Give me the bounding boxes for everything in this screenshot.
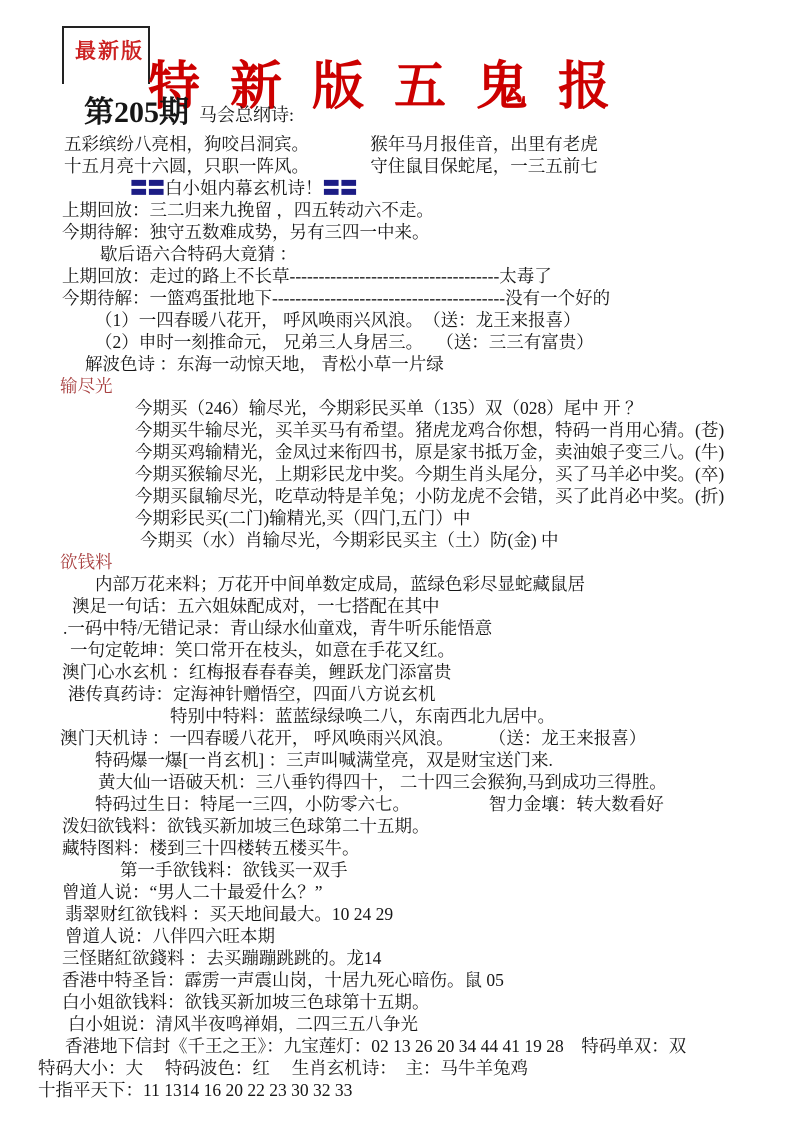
text-line: 香港地下信封《千王之王》：九宝莲灯：02 13 26 20 34 44 41 1… (65, 1035, 793, 1057)
text-line: 翡翠财红欲钱料 ：买天地间最大。10 24 29 (65, 903, 793, 925)
text-line: 今期买鸡输精光，金凤过来衔四书，原是家书抵万金，卖油娘子变三八。(牛) (135, 441, 793, 463)
text-line: 曾道人说：“男人二十最爱什么？” (62, 881, 793, 903)
text-line: 上期回放：三二归来九挽留 ，四五转动六不走。 (62, 199, 793, 221)
text-line: 特码过生日：特尾一三四，小防零六七。 智力金壤：转大数看好 (95, 793, 793, 815)
text-line: 白小姐欲钱料：欲钱买新加坡三色球第十五期。 (62, 991, 793, 1013)
line-text: 白小姐内幕玄机诗！ (165, 178, 323, 198)
text-line: 歇后语六合特码大竟猜 ： (100, 243, 793, 265)
text-line: 港传真药诗：定海神针赠悟空，四面八方说玄机 (68, 683, 793, 705)
issue-number: 第205期 (84, 96, 189, 130)
text-line: .一码中特/无错记录：青山绿水仙童戏，青牛听乐能悟意 (63, 617, 793, 639)
text-line: 解波色诗 ：东海一动惊天地， 青松小草一片绿 (85, 353, 793, 375)
decor-bar-icon: 〓〓 (323, 178, 358, 198)
text-line: 今期待解：独守五数难成势，另有三四一中来。 (62, 221, 793, 243)
text-line: 内部万花来料；万花开中间单数定成局，蓝绿色彩尽显蛇藏鼠居 (95, 573, 793, 595)
text-line: 三怪賭紅欲錢料 ：去买蹦蹦跳跳的。龙14 (62, 947, 793, 969)
text-line: 十指平天下：11 1314 16 20 22 23 30 32 33 (38, 1079, 793, 1101)
text-line: 十五月亮十六圆，只职一阵风。 守住鼠目保蛇尾，一三五前七 (64, 155, 793, 177)
text-line: 今期买鼠输尽光，吃草动特是羊兔；小防龙虎不会错，买了此肖必中奖。(折) (135, 485, 793, 507)
text-line: （1）一四春暖八花开， 呼风唤雨兴风浪。 （送：龙王来报喜） (95, 309, 793, 331)
text-line: 澳门天机诗 ：一四春暖八花开， 呼风唤雨兴风浪。 （送：龙王来报喜） (60, 727, 793, 749)
text-line: 特别中特料：蓝蓝绿绿唤二八，东南西北九居中。 (170, 705, 793, 727)
section-heading: 输尽光 (60, 375, 793, 397)
text-line: 一句定乾坤：笑口常开在枝头，如意在手花又红。 (70, 639, 793, 661)
text-line: 特码爆一爆[一肖玄机] ：三声叫喊满堂亮，双是财宝送门来. (95, 749, 793, 771)
text-line: 今期待解：一篮鸡蛋批地下----------------------------… (62, 287, 793, 309)
text-line: 白小姐说：清风半夜鸣禅娟，二四三五八争光 (68, 1013, 793, 1035)
text-line: 上期回放：走过的路上不长草---------------------------… (62, 265, 793, 287)
text-line: 今期彩民买(二门)输精光,买（四门,五门）中 (135, 507, 793, 529)
edition-badge: 最新版 (62, 26, 150, 84)
page: 最新版 特新版五鬼报 第205期 马会总纲诗: 五彩缤纷八亮相，狗咬吕洞宾。 猴… (0, 0, 793, 1122)
text-line: 今期买牛输尽光，买羊买马有希望。猪虎龙鸡合你想，特码一肖用心猜。(苍) (135, 419, 793, 441)
text-line: 今期买猴输尽光，上期彩民龙中奖。今期生肖头尾分，买了马羊必中奖。(卒) (135, 463, 793, 485)
section-heading: 欲钱料 (60, 551, 793, 573)
text-line: 藏特图料：楼到三十四楼转五楼买牛。 (62, 837, 793, 859)
issue-row: 第205期 马会总纲诗: (84, 96, 294, 130)
text-line: 〓〓白小姐内幕玄机诗！〓〓 (130, 177, 793, 199)
issue-subtitle: 马会总纲诗: (199, 101, 294, 130)
text-line: 曾道人说：八伴四六旺本期 (65, 925, 793, 947)
text-line: 泼妇欲钱料：欲钱买新加坡三色球第二十五期。 (62, 815, 793, 837)
text-line: 香港中特圣旨：霹雳一声震山岗，十居九死心暗伤。鼠 05 (62, 969, 793, 991)
text-line: 今期买（246）输尽光，今期彩民买单（135）双（028）尾中 开 ？ (135, 397, 793, 419)
text-line: 今期买（水）肖输尽光，今期彩民买主（土）防(金) 中 (140, 529, 793, 551)
text-line: 黄大仙一语破天机：三八垂钓得四十， 二十四三会猴狗,马到成功三得胜。 (98, 771, 793, 793)
decor-bar-icon: 〓〓 (130, 178, 165, 198)
document-body: 五彩缤纷八亮相，狗咬吕洞宾。 猴年马月报佳音，出里有老虎十五月亮十六圆，只职一阵… (0, 133, 793, 1101)
text-line: 特码大小：大 特码波色：红 生肖玄机诗： 主：马牛羊兔鸡 (38, 1057, 793, 1079)
text-line: 第一手欲钱料：欲钱买一双手 (120, 859, 793, 881)
text-line: 澳足一句话：五六姐妹配成对，一七搭配在其中 (72, 595, 793, 617)
text-line: 澳门心水玄机 ：红梅报春春春美，鲤跃龙门添富贵 (62, 661, 793, 683)
text-line: 五彩缤纷八亮相，狗咬吕洞宾。 猴年马月报佳音，出里有老虎 (64, 133, 793, 155)
text-line: （2）申时一刻推命元， 兄弟三人身居三。 （送：三三有富贵） (95, 331, 793, 353)
